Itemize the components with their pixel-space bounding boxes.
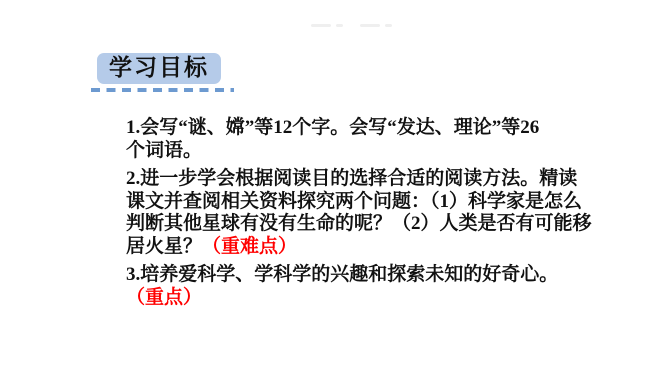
objective-item: 1.会写“谜、嫦”等12个字。会写“发达、理论”等26个词语。 <box>126 117 566 162</box>
body-text: 1.会写“谜、嫦”等12个字。会写“发达、理论”等26 <box>126 117 539 138</box>
slide-background: 学习目标 1.会写“谜、嫦”等12个字。会写“发达、理论”等26个词语。2.进一… <box>0 0 668 376</box>
objective-item: 3.培养爱科学、学科学的兴趣和探索未知的好奇心。（重点） <box>126 264 566 309</box>
text-line: 3.培养爱科学、学科学的兴趣和探索未知的好奇心。 <box>126 264 566 287</box>
highlight-text: （重难点） <box>202 236 297 257</box>
objectives-list: 1.会写“谜、嫦”等12个字。会写“发达、理论”等26个词语。2.进一步学会根据… <box>126 117 566 315</box>
text-line: 课文并查阅相关资料探究两个问题：（1）科学家是怎么 <box>126 191 566 214</box>
body-text: 3.培养爱科学、学科学的兴趣和探索未知的好奇心。 <box>126 264 558 285</box>
text-line: 判断其他星球有没有生命的呢？（2）人类是否有可能移 <box>126 213 566 236</box>
cropped-text-artifact <box>311 24 392 27</box>
body-text: 2.进一步学会根据阅读目的选择合适的阅读方法。精读 <box>126 168 577 189</box>
body-text: 个词语。 <box>126 140 202 161</box>
title-badge: 学习目标 <box>97 53 221 84</box>
dashed-underline <box>91 88 234 92</box>
text-line: 个词语。 <box>126 140 566 163</box>
text-line: 居火星？（重难点） <box>126 236 566 259</box>
body-text: 判断其他星球有没有生命的呢？（2）人类是否有可能移 <box>126 213 592 234</box>
text-line: 2.进一步学会根据阅读目的选择合适的阅读方法。精读 <box>126 168 566 191</box>
text-line: 1.会写“谜、嫦”等12个字。会写“发达、理论”等26 <box>126 117 566 140</box>
body-text: 课文并查阅相关资料探究两个问题：（1）科学家是怎么 <box>126 191 582 212</box>
body-text: 居火星？ <box>126 236 202 257</box>
objective-item: 2.进一步学会根据阅读目的选择合适的阅读方法。精读课文并查阅相关资料探究两个问题… <box>126 168 566 258</box>
highlight-text: （重点） <box>126 287 202 308</box>
page-title: 学习目标 <box>109 57 209 80</box>
text-line: （重点） <box>126 287 566 310</box>
